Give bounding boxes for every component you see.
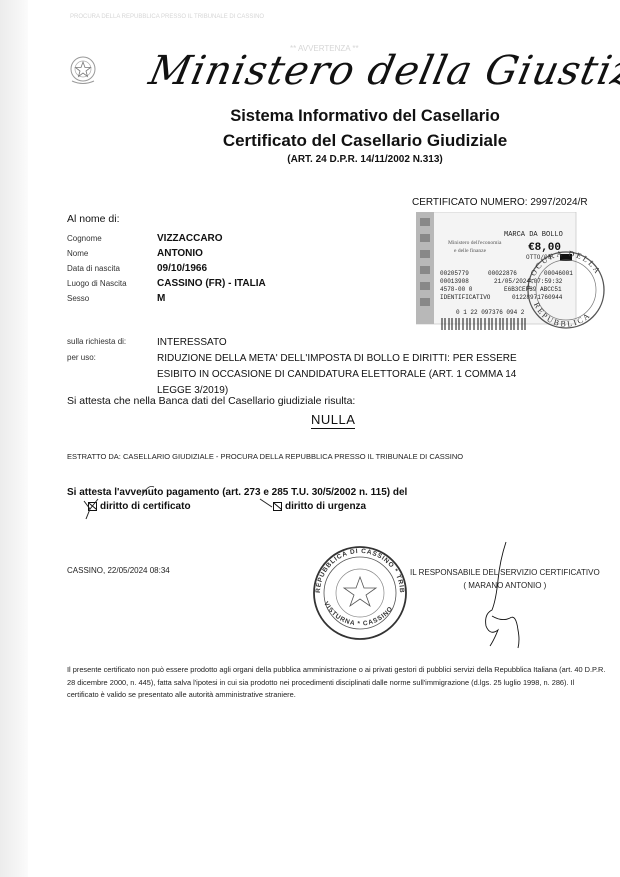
svg-text:00205779: 00205779 (440, 270, 469, 277)
svg-text:00013908: 00013908 (440, 278, 469, 285)
svg-text:00046001: 00046001 (544, 270, 573, 277)
payment-statement: Si attesta l'avvenuto pagamento (art. 27… (67, 487, 407, 498)
certificate-number: CERTIFICATO NUMERO: 2997/2024/R (412, 197, 588, 208)
field-row-sex: Sesso M (67, 291, 266, 306)
subject-heading: Al nome di: (67, 213, 120, 225)
field-row-birthdate: Data di nascita 09/10/1966 (67, 261, 266, 276)
place-date: CASSINO, 22/05/2024 08:34 (67, 566, 170, 575)
requested-by-label: sulla richiesta di: (67, 335, 157, 346)
use-value: RIDUZIONE DELLA META' DELL'IMPOSTA DI BO… (157, 351, 537, 399)
legal-disclaimer: Il presente certificato non può essere p… (67, 664, 607, 702)
field-row-birthplace: Luogo di Nascita CASSINO (FR) - ITALIA (67, 276, 266, 291)
italian-republic-emblem-icon (68, 55, 98, 87)
request-section: sulla richiesta di: INTERESSATO per uso:… (67, 335, 537, 399)
svg-text:IDENTIFICATIVO: IDENTIFICATIVO (440, 294, 491, 301)
extract-source: ESTRATTO DA: CASELLARIO GIUDIZIALE - PRO… (67, 452, 463, 461)
svg-text:e delle finanze: e delle finanze (454, 247, 487, 254)
field-label: Sesso (67, 294, 157, 303)
field-value: M (157, 293, 165, 304)
svg-text:0 1 22 097376 094 2: 0 1 22 097376 094 2 (456, 309, 525, 316)
legal-reference: (ART. 24 D.P.R. 14/11/2002 N.313) (0, 154, 620, 165)
use-row: per uso: RIDUZIONE DELLA META' DELL'IMPO… (67, 351, 537, 399)
svg-text:00022876: 00022876 (488, 270, 517, 277)
field-label: Luogo di Nascita (67, 279, 157, 288)
field-label: Nome (67, 249, 157, 258)
result-statement: Si attesta che nella Banca dati del Case… (67, 395, 355, 407)
ministry-title: Ministero della Giustizia (145, 48, 585, 94)
office-seal-stamp: REPUBBLICA DI CASSINO * TRIBUNALE ORD VI… (310, 543, 410, 643)
payment-option-label: diritto di urgenza (285, 501, 366, 512)
payment-option-certificate: diritto di certificato (88, 501, 191, 512)
system-title: Sistema Informativo del Casellario (0, 107, 620, 126)
field-label: Data di nascita (67, 264, 157, 273)
stamp-issuer: Ministero dell'economia (448, 240, 502, 246)
payment-option-urgency: diritto di urgenza (273, 501, 366, 512)
handwritten-signature (470, 540, 530, 650)
field-row-name: Nome ANTONIO (67, 246, 266, 261)
svg-text:4578-00 0: 4578-00 0 (440, 286, 473, 293)
document-title: Certificato del Casellario Giudiziale (0, 131, 620, 151)
stamp-title: MARCA DA BOLLO (504, 231, 563, 239)
result-value: NULLA (311, 412, 355, 429)
pen-check-mark-icon (258, 497, 278, 511)
svg-text:REPUBBLICA DI CASSINO * TRIBUN: REPUBBLICA DI CASSINO * TRIBUNALE ORD (310, 543, 405, 594)
field-value: ANTONIO (157, 248, 203, 259)
subject-fields: Cognome VIZZACCARO Nome ANTONIO Data di … (67, 231, 266, 306)
revenue-stamp: Ministero dell'economia e delle finanze … (416, 212, 606, 342)
payment-option-label: diritto di certificato (100, 501, 191, 512)
field-value: 09/10/1966 (157, 263, 207, 274)
request-row: sulla richiesta di: INTERESSATO (67, 335, 537, 351)
field-value: VIZZACCARO (157, 233, 223, 244)
field-value: CASSINO (FR) - ITALIA (157, 278, 266, 289)
requested-by-value: INTERESSATO (157, 335, 537, 351)
pen-stroke-icon (140, 484, 160, 498)
bleed-through-text: PROCURA DELLA REPUBBLICA PRESSO IL TRIBU… (70, 14, 264, 20)
svg-text:VISTURNA * CASSINO: VISTURNA * CASSINO (322, 601, 394, 628)
pen-check-mark-icon (82, 497, 102, 521)
field-row-surname: Cognome VIZZACCARO (67, 231, 266, 246)
use-label: per uso: (67, 351, 157, 362)
field-label: Cognome (67, 234, 157, 243)
